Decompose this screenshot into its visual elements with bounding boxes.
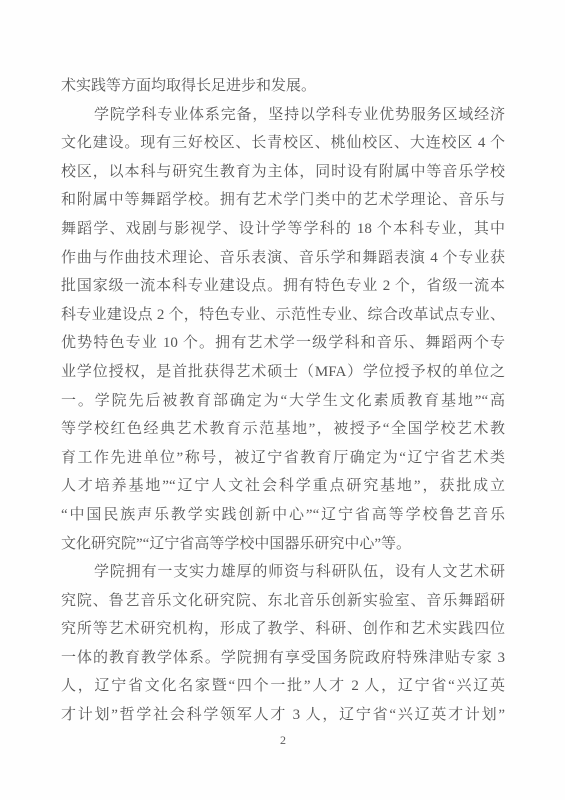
text-line: 学院拥有一支实力雄厚的师资与科研队伍，设有人文艺术研 xyxy=(61,558,505,587)
text-line: 人，辽宁省文化名家暨“四个一批”人才 2 人，辽宁省“兴辽英 xyxy=(61,672,505,701)
text-line: 一。学院先后被教育部确定为“大学生文化素质教育基地”“高 xyxy=(61,387,505,416)
text-line: 人才培养基地”“辽宁人文社会科学重点研究基地”，获批成立 xyxy=(61,472,505,501)
text-line: 批国家级一流本科专业建设点。拥有特色专业 2 个，省级一流本 xyxy=(61,272,505,301)
text-line: 育工作先进单位”称号，被辽宁省教育厅确定为“辽宁省艺术类 xyxy=(61,444,505,473)
text-line: 业学位授权，是首批获得艺术硕士（MFA）学位授予权的单位之 xyxy=(61,358,505,387)
text-line: “中国民族声乐教学实践创新中心”“辽宁省高等学校鲁艺音乐 xyxy=(61,501,505,530)
text-line: 学院学科专业体系完备，坚持以学科专业优势服务区域经济 xyxy=(61,101,505,130)
text-line: 优势特色专业 10 个。拥有艺术学一级学科和音乐、舞蹈两个专 xyxy=(61,329,505,358)
text-line: 科专业建设点 2 个，特色专业、示范性专业、综合改革试点专业、 xyxy=(61,301,505,330)
text-line: 等学校红色经典艺术教育示范基地”，被授予“全国学校艺术教 xyxy=(61,415,505,444)
text-line: 才计划”哲学社会科学领军人才 3 人，辽宁省“兴辽英才计划” xyxy=(61,701,505,730)
text-line: 究院、鲁艺音乐文化研究院、东北音乐创新实验室、音乐舞蹈研 xyxy=(61,587,505,616)
text-line: 文化建设。现有三好校区、长青校区、桃仙校区、大连校区 4 个 xyxy=(61,129,505,158)
text-line: 校区，以本科与研究生教育为主体，同时设有附属中等音乐学校 xyxy=(61,158,505,187)
text-line: 舞蹈学、戏剧与影视学、设计学等学科的 18 个本科专业，其中 xyxy=(61,215,505,244)
document-body: 术实践等方面均取得长足进步和发展。学院学科专业体系完备，坚持以学科专业优势服务区… xyxy=(61,72,505,730)
text-line: 究所等艺术研究机构，形成了教学、科研、创作和艺术实践四位 xyxy=(61,615,505,644)
page-number: 2 xyxy=(61,733,505,748)
paragraph: 学院拥有一支实力雄厚的师资与科研队伍，设有人文艺术研究院、鲁艺音乐文化研究院、东… xyxy=(61,558,505,730)
paragraph: 术实践等方面均取得长足进步和发展。 xyxy=(61,72,505,101)
text-line: 和附属中等舞蹈学校。拥有艺术学门类中的艺术学理论、音乐与 xyxy=(61,186,505,215)
document-page: 术实践等方面均取得长足进步和发展。学院学科专业体系完备，坚持以学科专业优势服务区… xyxy=(0,0,565,800)
text-line: 术实践等方面均取得长足进步和发展。 xyxy=(61,72,505,101)
text-line: 作曲与作曲技术理论、音乐表演、音乐学和舞蹈表演 4 个专业获 xyxy=(61,244,505,273)
text-line: 一体的教育教学体系。学院拥有享受国务院政府特殊津贴专家 3 xyxy=(61,644,505,673)
text-line: 文化研究院”“辽宁省高等学校中国器乐研究中心”等。 xyxy=(61,530,505,559)
paragraph: 学院学科专业体系完备，坚持以学科专业优势服务区域经济文化建设。现有三好校区、长青… xyxy=(61,101,505,559)
